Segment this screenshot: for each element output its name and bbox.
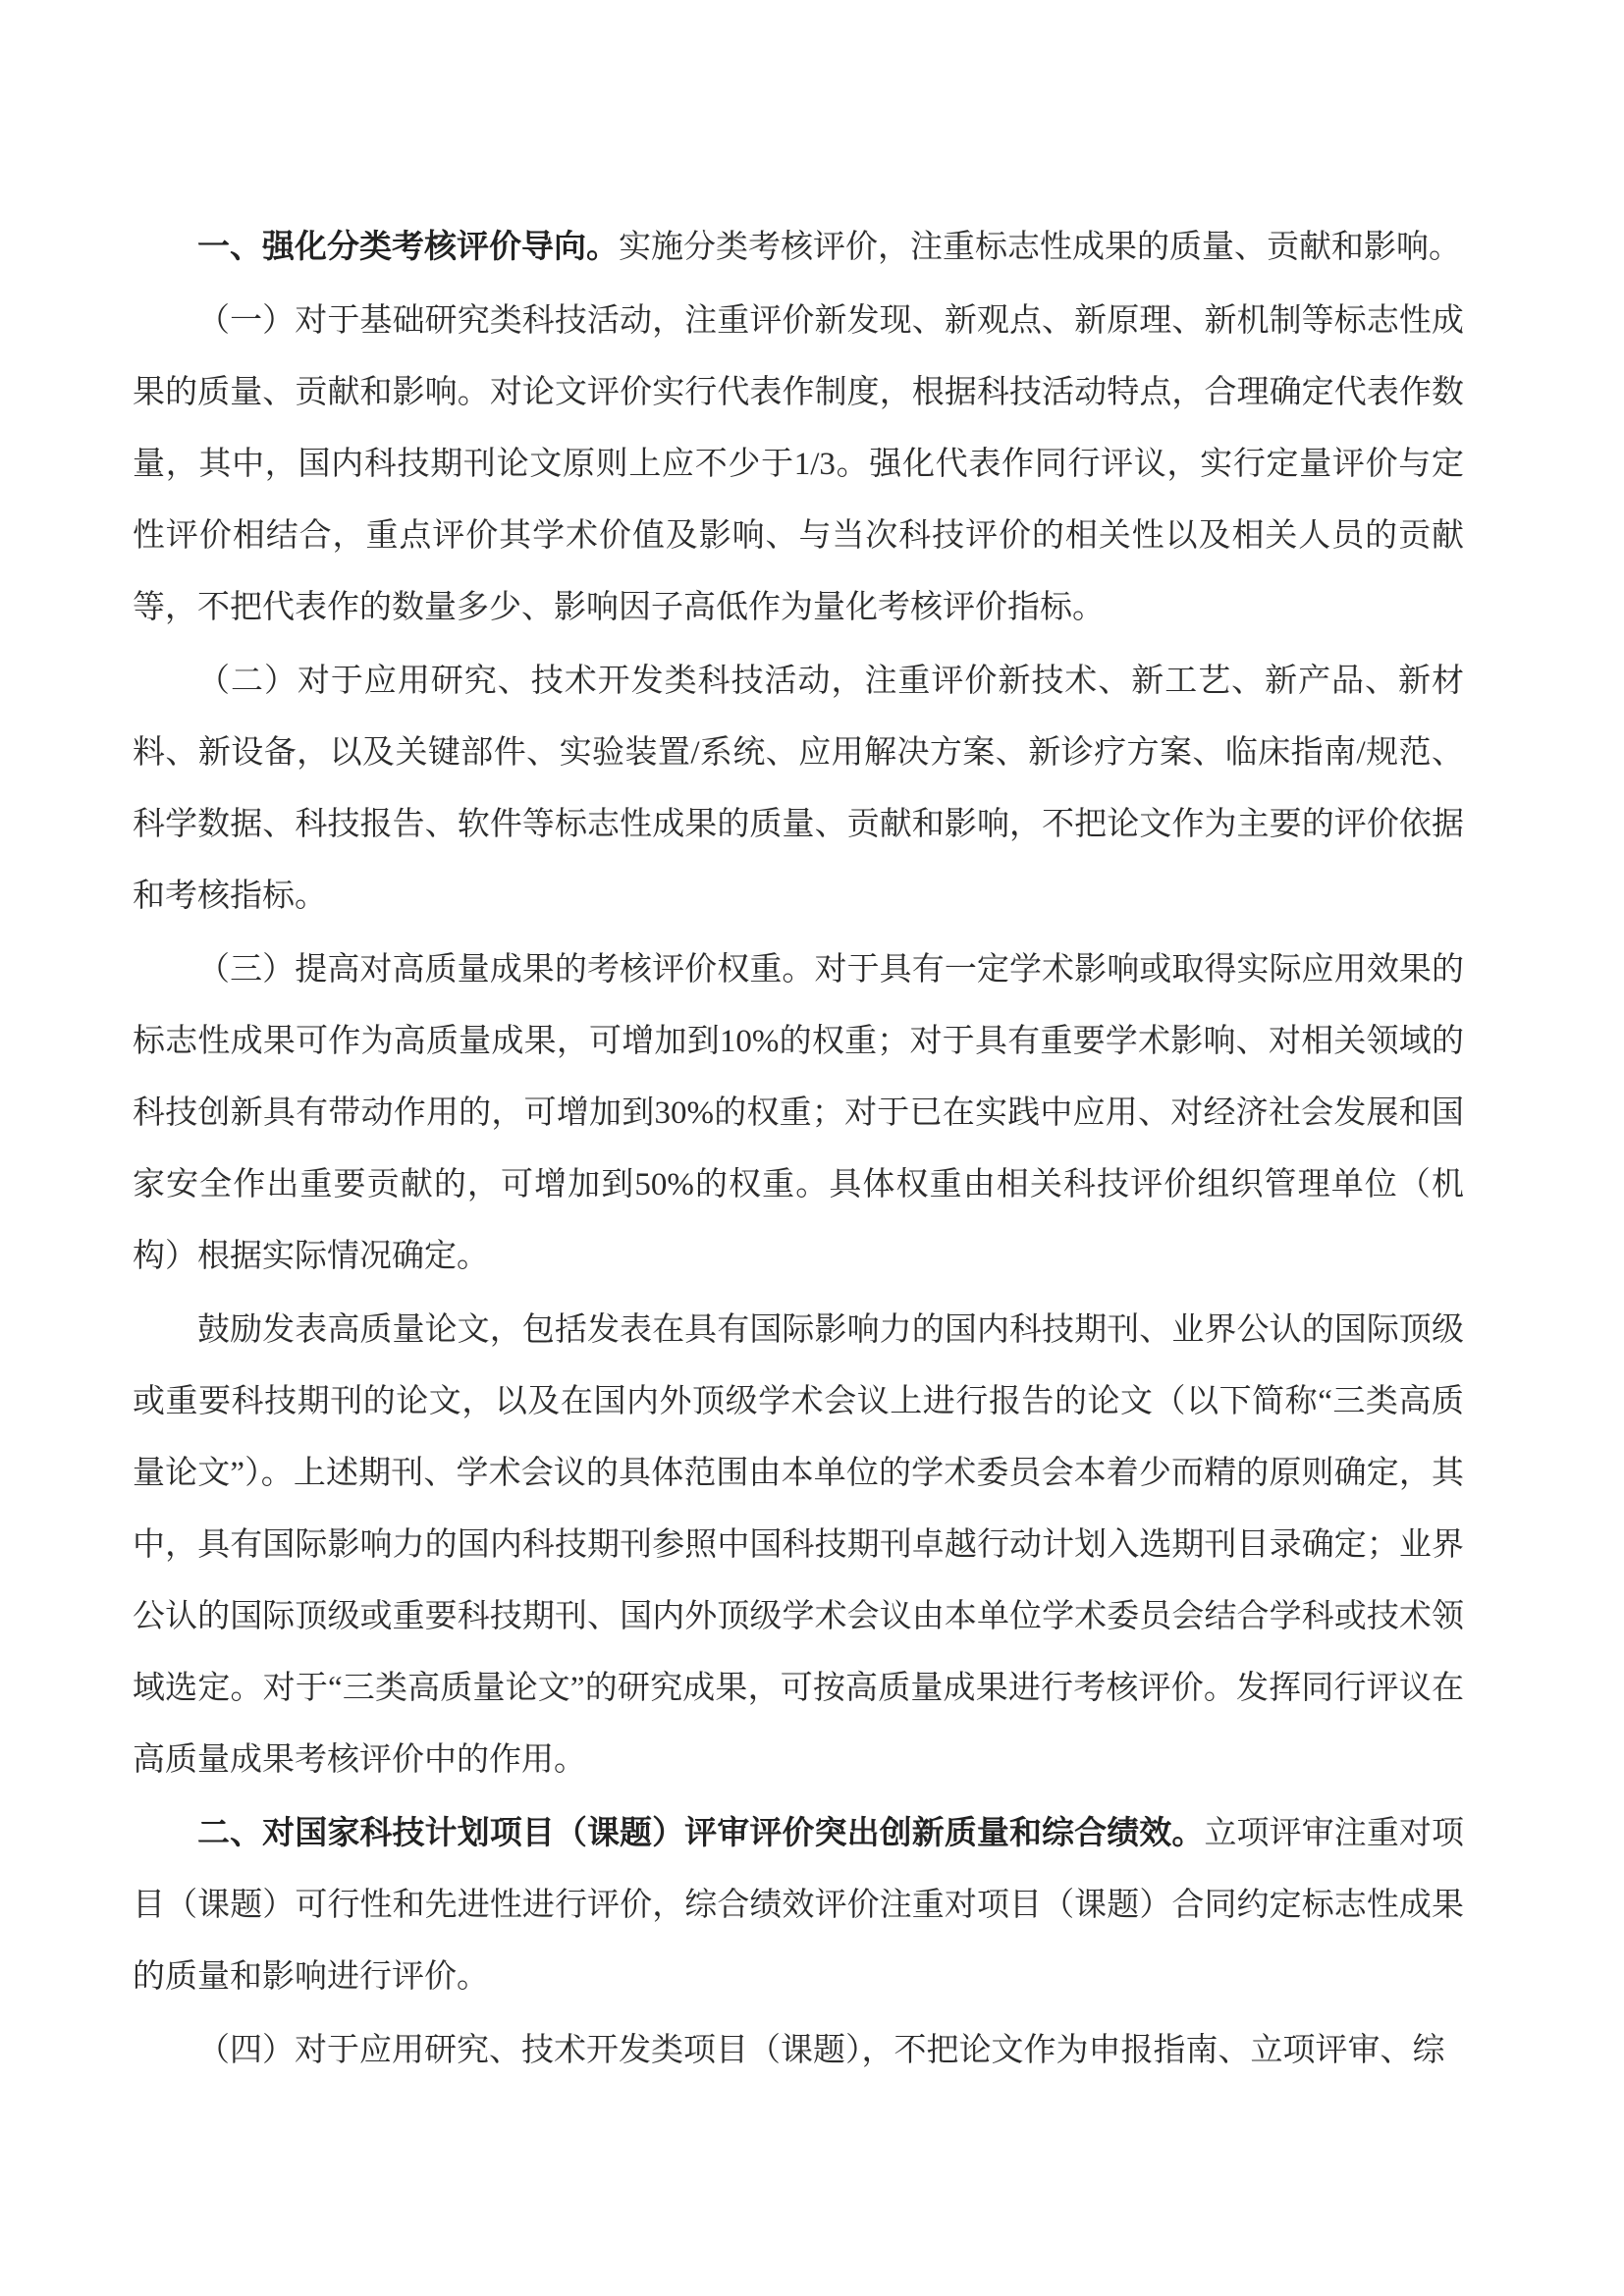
paragraph-body: （三）提高对高质量成果的考核评价权重。对于具有一定学术影响或取得实际应用效果的标… bbox=[133, 952, 1464, 1274]
paragraph-body: 鼓励发表高质量论文，包括发表在具有国际影响力的国内科技期刊、业界公认的国际顶级或… bbox=[133, 1312, 1464, 1778]
paragraph-item-4: （四）对于应用研究、技术开发类项目（课题），不把论文作为申报指南、立项评审、综 bbox=[133, 2013, 1464, 2087]
paragraph-lead: 二、对国家科技计划项目（课题）评审评价突出创新质量和综合绩效。 bbox=[197, 1814, 1204, 1850]
paragraph-item-1: （一）对于基础研究类科技活动，注重评价新发现、新观点、新原理、新机制等标志性成果… bbox=[133, 284, 1464, 644]
paragraph-lead: 一、强化分类考核评价导向。 bbox=[197, 228, 619, 264]
document-content: 一、强化分类考核评价导向。实施分类考核评价，注重标志性成果的质量、贡献和影响。 … bbox=[133, 0, 1464, 2087]
paragraph-body: （四）对于应用研究、技术开发类项目（课题），不把论文作为申报指南、立项评审、综 bbox=[197, 2033, 1445, 2068]
paragraph-encourage-hq-papers: 鼓励发表高质量论文，包括发表在具有国际影响力的国内科技期刊、业界公认的国际顶级或… bbox=[133, 1293, 1464, 1796]
paragraph-body: （二）对于应用研究、技术开发类科技活动，注重评价新技术、新工艺、新产品、新材料、… bbox=[133, 664, 1464, 914]
document-page: 一、强化分类考核评价导向。实施分类考核评价，注重标志性成果的质量、贡献和影响。 … bbox=[0, 0, 1624, 2296]
paragraph-item-3: （三）提高对高质量成果的考核评价权重。对于具有一定学术影响或取得实际应用效果的标… bbox=[133, 933, 1464, 1293]
paragraph-section-1: 一、强化分类考核评价导向。实施分类考核评价，注重标志性成果的质量、贡献和影响。 bbox=[133, 210, 1464, 284]
paragraph-item-2: （二）对于应用研究、技术开发类科技活动，注重评价新技术、新工艺、新产品、新材料、… bbox=[133, 644, 1464, 933]
paragraph-body: （一）对于基础研究类科技活动，注重评价新发现、新观点、新原理、新机制等标志性成果… bbox=[133, 303, 1464, 625]
paragraph-section-2: 二、对国家科技计划项目（课题）评审评价突出创新质量和综合绩效。立项评审注重对项目… bbox=[133, 1796, 1464, 2013]
paragraph-body: 实施分类考核评价，注重标志性成果的质量、贡献和影响。 bbox=[619, 230, 1461, 265]
